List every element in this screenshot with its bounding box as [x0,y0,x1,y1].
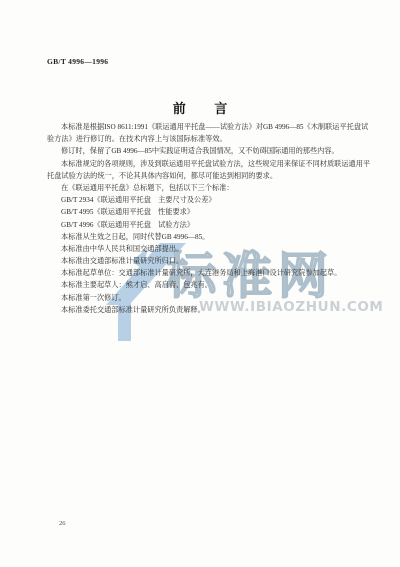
body-line: 本标准起草单位：交通部标准计量研究所，大连港务局和上海港口设计研究院参加起草。 [47,267,359,279]
body-line: 本标准由交通部标准计量研究所归口。 [47,255,359,267]
body-line: 托盘试验方法的统一，不论其具体内容如何，都尽可能达到相同的要求。 [47,170,359,182]
body-line: 本标准从生效之日起，同时代替GB 4996—85。 [47,231,359,243]
standard-code: GB/T 4996—1996 [47,57,108,66]
body-line: 本标准主要起草人：熊才启、高启斋、包兆有。 [47,279,359,291]
body-line: 本标准第一次修订。 [47,292,359,304]
body-line: 在《联运通用平托盘》总标题下，包括以下三个标准： [47,182,359,194]
body-line: GB/T 4995《联运通用平托盘 性能要求》 [47,206,359,218]
body-text: 本标准是根据ISO 8611:1991《联运通用平托盘——试验方法》对GB 49… [47,121,359,316]
body-line: 验方法》进行修订的。在技术内容上与该国际标准等效。 [47,133,359,145]
body-line: GB/T 4996《联运通用平托盘 试验方法》 [47,219,359,231]
body-line: 本标准委托交通部标准计量研究所负责解释。 [47,304,359,316]
body-line: 本标准是根据ISO 8611:1991《联运通用平托盘——试验方法》对GB 49… [47,121,359,133]
body-line: 本标准规定的各项规则，涉及到联运通用平托盘试验方法，这些规定用来保证不同材质联运… [47,158,359,170]
page-number: 26 [59,520,66,527]
page-title: 前言 [0,98,400,117]
body-line: 本标准由中华人民共和国交通部提出。 [47,243,359,255]
body-line: 修订时，保留了GB 4996—85中实践证明适合我国情况，又不妨碍国际通用的那些… [47,145,359,157]
document-page: 标准网 WWW.IBIAOZHUN.COM GB/T 4996—1996 前言 … [0,0,400,567]
body-line: GB/T 2934《联运通用平托盘 主要尺寸及公差》 [47,194,359,206]
